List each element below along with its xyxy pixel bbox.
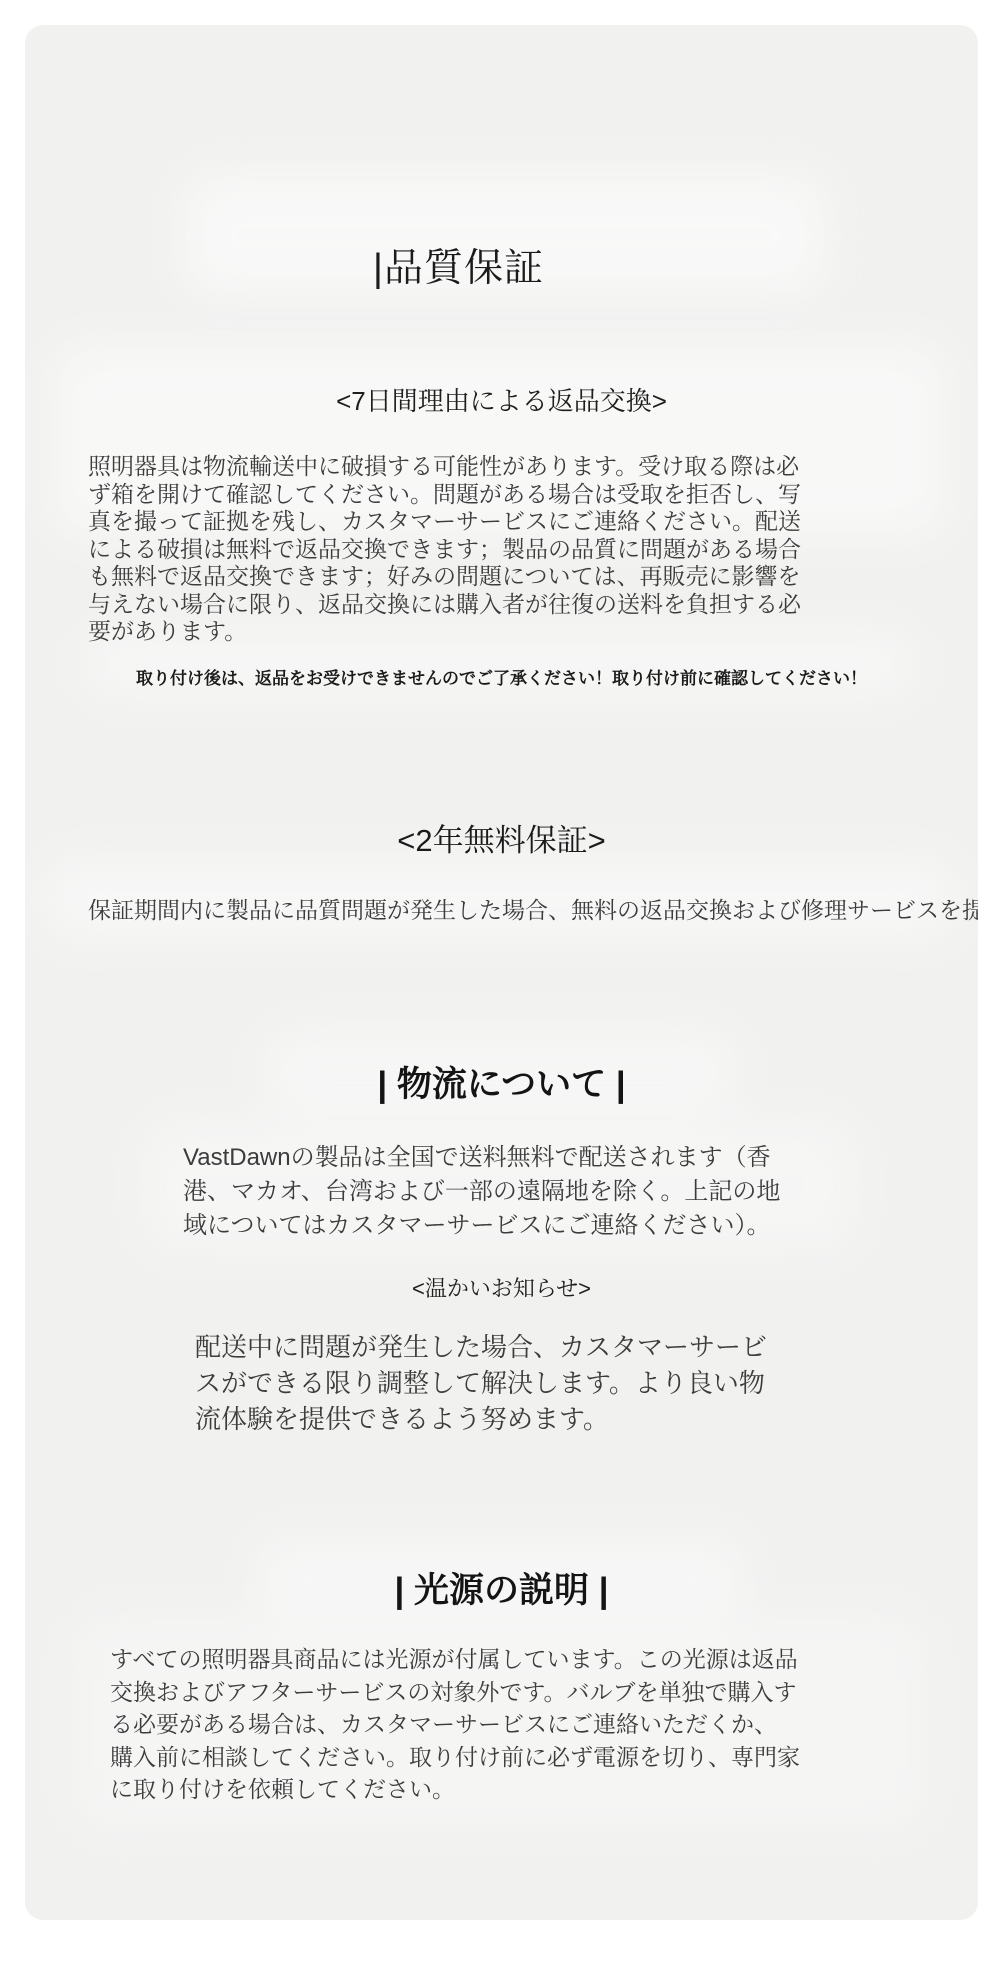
seven-day-return-paragraph: 照明器具は物流輸送中に破損する可能性があります。受け取る際は必 ず箱を開けて確認… bbox=[88, 453, 848, 646]
warm-notice-paragraph: 配送中に問題が発生した場合、カスタマーサービ スができる限り調整して解決します。… bbox=[195, 1329, 767, 1437]
installation-return-note: 取り付け後は、返品をお受けできませんのでご了承ください！取り付け前に確認してくだ… bbox=[25, 664, 978, 689]
logistics-title: | 物流について | bbox=[25, 1057, 978, 1107]
two-year-warranty-paragraph: 保証期間内に製品に品質問題が発生した場合、無料の返品交換および修理サービスを提供… bbox=[88, 892, 978, 925]
light-source-paragraph: すべての照明器具商品には光源が付属しています。この光源は返品 交換およびアフター… bbox=[110, 1643, 800, 1806]
logistics-shipping-paragraph: VastDawnの製品は全国で送料無料で配送されます（香 港、マカオ、台湾および… bbox=[183, 1141, 780, 1243]
quality-guarantee-title: |品質保証 bbox=[25, 237, 935, 293]
seven-day-return-heading: <7日間理由による返品交換> bbox=[25, 381, 978, 418]
product-description-card: |品質保証 <7日間理由による返品交換> 照明器具は物流輸送中に破損する可能性が… bbox=[25, 25, 978, 1920]
warm-notice-heading: <温かいお知らせ> bbox=[25, 1272, 978, 1303]
product-description-page: |品質保証 <7日間理由による返品交換> 照明器具は物流輸送中に破損する可能性が… bbox=[0, 0, 1000, 1969]
light-source-title: | 光源の説明 | bbox=[25, 1563, 978, 1613]
two-year-warranty-heading: <2年無料保証> bbox=[25, 815, 978, 860]
